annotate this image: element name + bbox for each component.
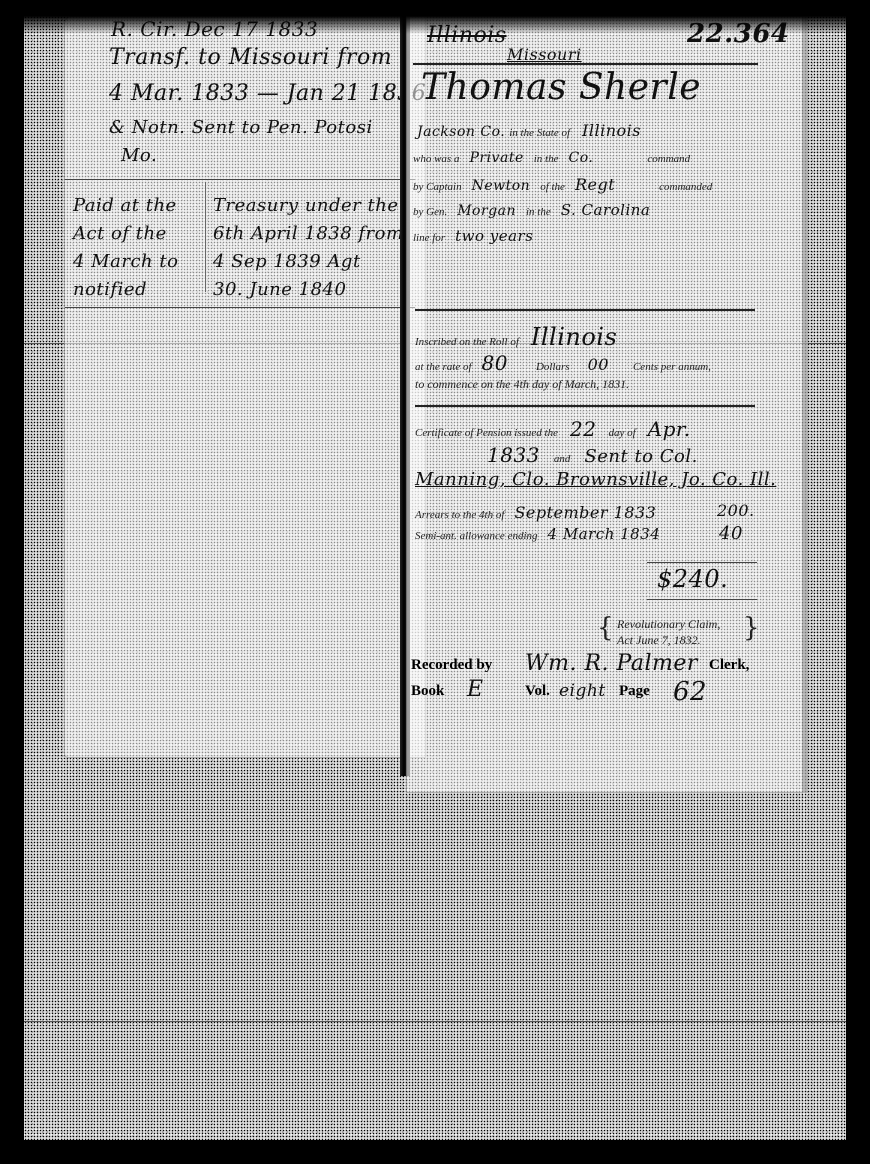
note-line: & Notn. Sent to Pen. Potosi (109, 117, 373, 138)
recorded-by-label: Recorded by (411, 657, 492, 674)
commence-line: to commence on the 4th day of March, 183… (415, 377, 629, 392)
rank-line: who was a Private in the Co. command (413, 149, 690, 167)
paid-col1: 4 March to (73, 251, 178, 272)
general-line: by Gen. Morgan in the S. Carolina (413, 201, 650, 220)
rate-line: at the rate of 80 Dollars 00 Cents per a… (415, 351, 711, 375)
section-rule (415, 405, 755, 407)
certificate-line: Certificate of Pension issued the 22 day… (415, 417, 691, 441)
clerk-label: Clerk, (709, 657, 749, 674)
left-page: R. Cir. Dec 17 1833 Transf. to Missouri … (64, 16, 426, 758)
paid-col2: 4 Sep 1839 Agt (213, 251, 361, 272)
right-page: Illinois 22.364 Missouri Thomas Sherle J… (406, 16, 808, 793)
pensioner-name: Thomas Sherle (421, 67, 701, 108)
header-rule (413, 63, 758, 65)
scanned-sheet: R. Cir. Dec 17 1833 Transf. to Missouri … (24, 16, 846, 1140)
brace-right: } (743, 613, 760, 643)
semi-annual-amount: 40 (719, 523, 743, 544)
term-line: line for two years (413, 227, 533, 246)
arrears-amount: 200. (717, 501, 755, 520)
clerk-signature: Wm. R. Palmer (525, 651, 698, 676)
divider (65, 307, 415, 308)
captain-line: by Captain Newton of the Regt commanded (413, 175, 712, 195)
paid-col1: Paid at the (73, 195, 177, 216)
scan-edge-shadow (24, 16, 846, 34)
inscribed-line: Inscribed on the Roll of Illinois (415, 323, 617, 351)
paid-col2: 30. June 1840 (213, 279, 346, 300)
state-header: Missouri (507, 45, 582, 64)
divider (65, 179, 415, 180)
act-note-line: Act June 7, 1832. (617, 633, 701, 648)
paid-col1: notified (73, 279, 147, 300)
vol-label: Vol. (525, 683, 550, 700)
scan-line (24, 1021, 846, 1022)
certificate-year-line: 1833 and Sent to Col. (487, 443, 698, 467)
total-rule (647, 599, 757, 600)
section-rule (415, 309, 755, 311)
page-label: Page (619, 683, 650, 700)
book-value: E (467, 677, 484, 702)
paid-col1: Act of the (73, 223, 167, 244)
certificate-recipient: Manning, Clo. Brownsville, Jo. Co. Ill. (415, 469, 776, 490)
paid-col2: Treasury under the (213, 195, 398, 216)
note-line: 4 Mar. 1833 — Jan 21 1836 (109, 81, 426, 106)
note-line: Transf. to Missouri from (109, 45, 392, 70)
total-rule (647, 562, 757, 563)
total-amount: $240. (657, 565, 728, 593)
act-note-line: Revolutionary Claim, (617, 617, 720, 632)
vol-value: eight (559, 681, 606, 701)
page-value: 62 (673, 677, 707, 707)
brace-left: { (597, 613, 614, 643)
table-column-divider (205, 182, 206, 292)
residence-line: Jackson Co. in the State of Illinois (417, 121, 641, 141)
semi-annual-line: Semi-ant. allowance ending 4 March 1834 (415, 525, 660, 544)
note-line: Mo. (121, 145, 157, 166)
book-label: Book (411, 683, 444, 700)
arrears-line: Arrears to the 4th of September 1833 (415, 503, 656, 523)
paid-col2: 6th April 1838 from (213, 223, 404, 244)
